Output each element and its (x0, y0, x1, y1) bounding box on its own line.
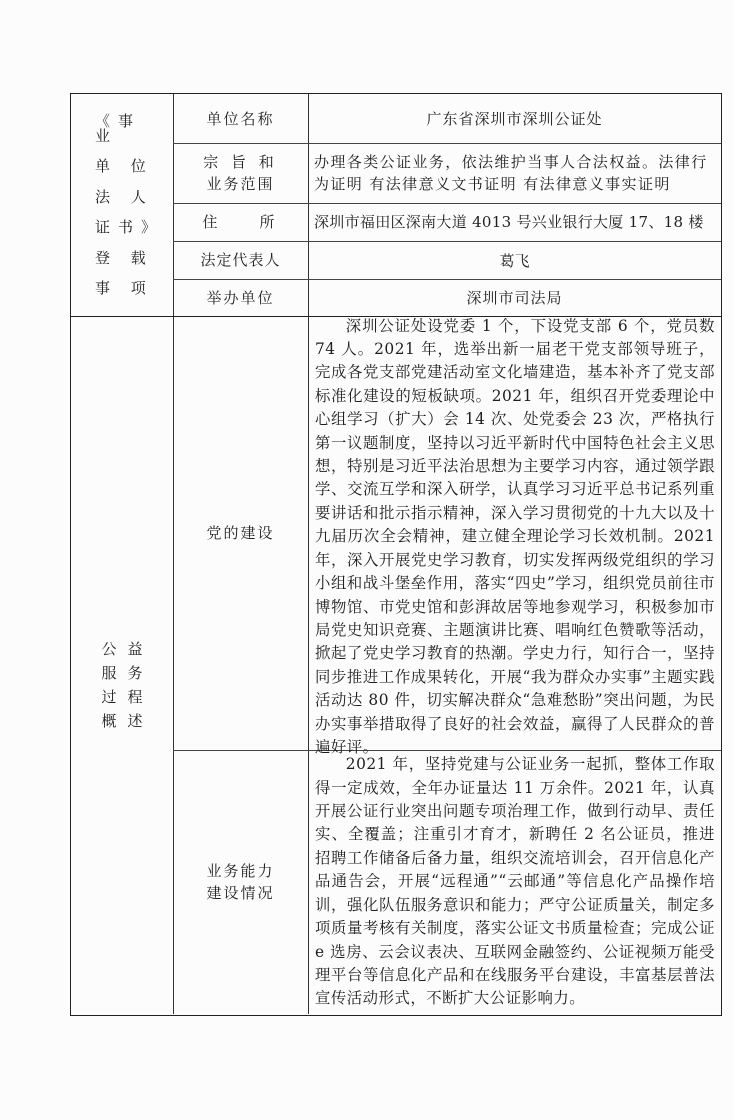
scanned-document-page: 《事业 单 位 法 人 证书》 登 载 事 项 单位名称 广东省深圳市深圳公证处… (0, 0, 734, 1120)
sponsoring-unit-label: 举办单位 (173, 279, 308, 316)
address-label: 住 所 (173, 203, 308, 241)
overview-group-label-grid: 公 益 服 务 过 程 概 述 (96, 639, 148, 731)
sponsoring-unit-value: 深圳市司法局 (308, 279, 721, 316)
group-label-line: 事 项 (95, 281, 157, 296)
purpose-scope-label: 宗 旨 和 业务范围 (173, 143, 308, 203)
registration-group-label: 《事业 单 位 法 人 证书》 登 载 事 项 (71, 94, 173, 316)
purpose-scope-label-line: 业务范围 (206, 173, 274, 195)
group-label-char: 务 (122, 663, 148, 683)
party-building-text: 深圳公证处设党委 1 个，下设党支部 6 个，党员数 74 人。2021 年，选… (308, 316, 721, 750)
group-label-char: 益 (122, 639, 148, 659)
group-label-char: 服 (96, 663, 122, 683)
unit-name-label: 单位名称 (173, 94, 308, 143)
group-label-char: 程 (122, 687, 148, 707)
group-label-line: 法 人 (95, 190, 157, 205)
legal-representative-value: 葛飞 (308, 241, 721, 279)
unit-name-value: 广东省深圳市深圳公证处 (308, 94, 721, 143)
group-label-line: 单 位 (95, 159, 157, 174)
business-capability-label: 业务能力 建设情况 (173, 750, 308, 1014)
party-building-paragraph: 深圳公证处设党委 1 个，下设党支部 6 个，党员数 74 人。2021 年，选… (315, 315, 715, 760)
group-label-char: 概 (96, 711, 122, 731)
group-label-char: 述 (122, 711, 148, 731)
purpose-scope-label-line: 宗 旨 和 (203, 151, 278, 173)
registration-table: 《事业 单 位 法 人 证书》 登 载 事 项 单位名称 广东省深圳市深圳公证处… (70, 93, 722, 1016)
business-capability-label-line: 建设情况 (206, 882, 274, 904)
overview-group-label: 公 益 服 务 过 程 概 述 (71, 316, 173, 1014)
business-capability-text: 2021 年，坚持党建与公证业务一起抓，整体工作取得一定成效，全年办证量达 11… (308, 750, 721, 1014)
purpose-scope-value: 办理各类公证业务，依法维护当事人合法权益。法律行为证明 有法律意义文书证明 有法… (308, 143, 721, 203)
business-capability-paragraph: 2021 年，坚持党建与公证业务一起抓，整体工作取得一定成效，全年办证量达 11… (315, 753, 715, 1010)
group-label-char: 过 (96, 687, 122, 707)
party-building-label: 党的建设 (173, 316, 308, 750)
group-label-line: 登 载 (95, 251, 157, 266)
address-value: 深圳市福田区深南大道 4013 号兴业银行大厦 17、18 楼 (308, 203, 721, 241)
group-label-char: 公 (96, 639, 122, 659)
group-label-line: 证书》 (95, 220, 157, 235)
group-label-line: 《事业 (95, 114, 157, 144)
legal-representative-label: 法定代表人 (173, 241, 308, 279)
business-capability-label-line: 业务能力 (206, 860, 274, 882)
